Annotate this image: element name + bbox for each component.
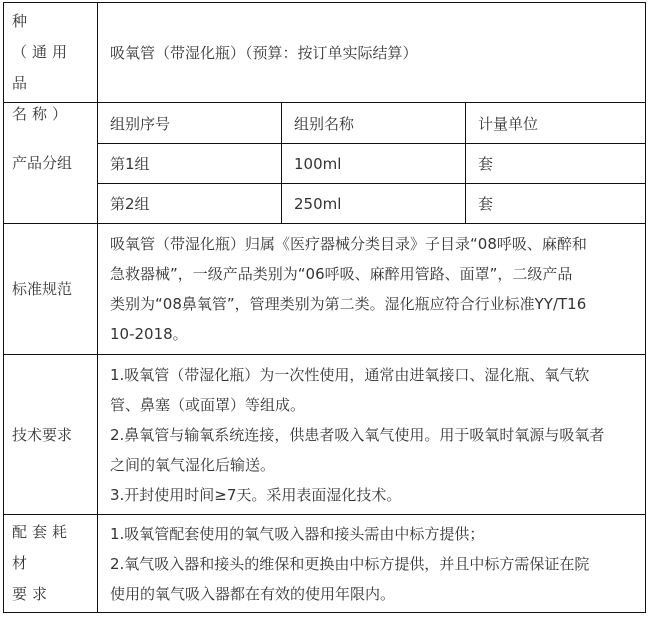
row-technical-requirements: 技术要求 1.吸氧管（带湿化瓶）为一次性使用，通常由进氧接口、湿化瓶、氧气软 管… [4, 354, 645, 514]
label-line: 配套耗材 [12, 517, 89, 579]
consumables-line: 2.氧气吸入器和接头的维保和更换由中标方提供，并且中标方需保证在院 [110, 549, 589, 579]
standards-value: 吸氧管（带湿化瓶）归属《医疗器械分类目录》子目录“08呼吸、麻醉和 急救器械”，… [98, 224, 645, 354]
label-text: 技术要求 [12, 420, 72, 450]
group-subtable: 组别序号 组别名称 计量单位 第1组 100ml 套 第2组 250ml 套 [98, 103, 645, 223]
group-row: 第2组 250ml 套 [98, 183, 645, 223]
header-unit: 计量单位 [466, 103, 645, 143]
product-name-text: 吸氧管（带湿化瓶）（预算：按订单实际结算） [110, 38, 418, 68]
label-product-group: 产品分组 [4, 103, 98, 223]
label-line: 采购品种 [12, 0, 89, 37]
row-standards: 标准规范 吸氧管（带湿化瓶）归属《医疗器械分类目录》子目录“08呼吸、麻醉和 急… [4, 223, 645, 354]
label-technical-requirements: 技术要求 [4, 355, 98, 514]
standards-line: 类别为“08鼻氧管”，管理类别为第二类。湿化瓶应符合行业标准YY/T16 [110, 289, 587, 319]
standards-line: 急救器械”，一级产品类别为“06呼吸、麻醉用管路、面罩”，二级产品 [110, 259, 587, 289]
tech-line: 管、鼻塞（或面罩）等组成。 [110, 390, 604, 420]
unit-cell: 套 [466, 144, 645, 183]
group-header-row: 组别序号 组别名称 计量单位 [98, 103, 645, 143]
group-number-cell: 第1组 [98, 144, 282, 183]
row-consumables: 配套耗材 要求 1.吸氧管配套使用的氧气吸入器和接头需由中标方提供； 2.氧气吸… [4, 514, 645, 612]
row-product-name: 采购品种 （通用品 名称） 吸氧管（带湿化瓶）（预算：按订单实际结算） [4, 3, 645, 102]
tech-line: 2.鼻氧管与输氧系统连接，供患者吸入氧气使用。用于吸氧时氧源与吸氧者 [110, 420, 604, 450]
label-line: （通用品 [12, 37, 89, 99]
group-row: 第1组 100ml 套 [98, 143, 645, 183]
standards-line: 10-2018。 [110, 319, 587, 349]
label-line: 要求 [12, 579, 89, 610]
header-group-name: 组别名称 [282, 103, 466, 143]
label-text: 标准规范 [12, 274, 72, 304]
unit-cell: 套 [466, 184, 645, 223]
tech-line: 3.开封使用时间≥7天。采用表面湿化技术。 [110, 480, 604, 510]
product-name-value: 吸氧管（带湿化瓶）（预算：按订单实际结算） [98, 3, 645, 102]
row-product-group: 产品分组 组别序号 组别名称 计量单位 第1组 100ml 套 第2组 250m… [4, 102, 645, 223]
technical-requirements-value: 1.吸氧管（带湿化瓶）为一次性使用，通常由进氧接口、湿化瓶、氧气软 管、鼻塞（或… [98, 355, 645, 514]
group-name-cell: 250ml [282, 184, 466, 223]
tech-line: 1.吸氧管（带湿化瓶）为一次性使用，通常由进氧接口、湿化瓶、氧气软 [110, 360, 604, 390]
tech-line: 之间的氧气湿化后输送。 [110, 450, 604, 480]
consumables-value: 1.吸氧管配套使用的氧气吸入器和接头需由中标方提供； 2.氧气吸入器和接头的维保… [98, 515, 645, 612]
label-consumables: 配套耗材 要求 [4, 515, 98, 612]
label-text: 产品分组 [12, 148, 72, 178]
consumables-line: 1.吸氧管配套使用的氧气吸入器和接头需由中标方提供； [110, 519, 589, 549]
consumables-line: 使用的氧气吸入器都在有效的使用年限内。 [110, 579, 589, 609]
label-product-name: 采购品种 （通用品 名称） [4, 3, 98, 102]
group-number-cell: 第2组 [98, 184, 282, 223]
label-standards: 标准规范 [4, 224, 98, 354]
header-group-number: 组别序号 [98, 103, 282, 143]
procurement-spec-table: 采购品种 （通用品 名称） 吸氧管（带湿化瓶）（预算：按订单实际结算） 产品分组… [3, 2, 646, 613]
group-name-cell: 100ml [282, 144, 466, 183]
standards-line: 吸氧管（带湿化瓶）归属《医疗器械分类目录》子目录“08呼吸、麻醉和 [110, 229, 587, 259]
